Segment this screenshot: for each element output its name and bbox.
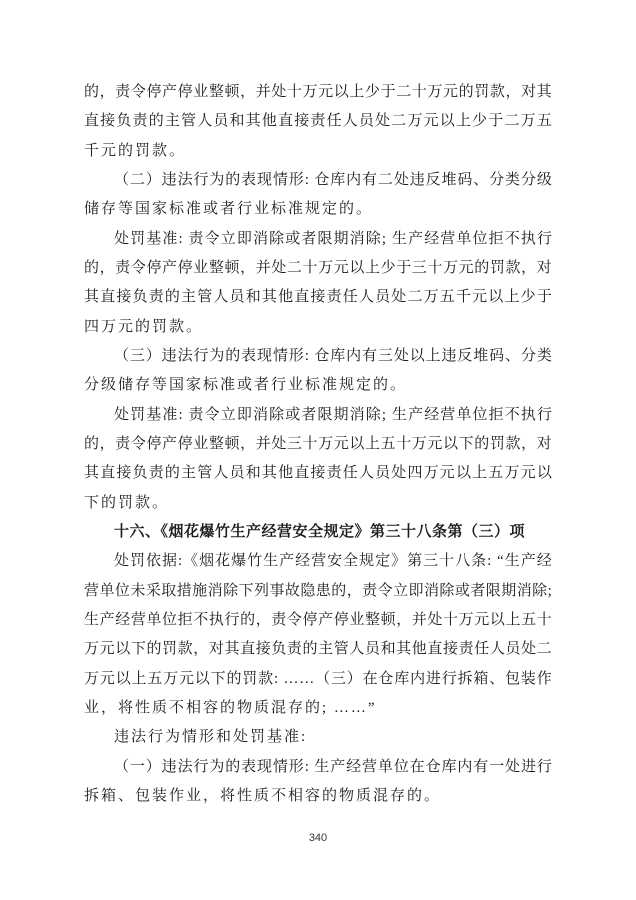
text-line: 分级储存等国家标准或者行业标准规定的。 <box>84 371 552 400</box>
text-line: （三）违法行为的表现情形: 仓库内有三处以上违反堆码、分类 <box>114 342 552 371</box>
text-line: 的，责令停产停业整顿，并处二十万元以上少于三十万元的罚款，对 <box>84 254 552 283</box>
paragraph: 的，责令停产停业整顿，并处十万元以上少于二十万元的罚款，对其直接负责的主管人员和… <box>84 78 552 166</box>
text-line: 万元以上五万元以下的罚款: ……（三）在仓库内进行拆箱、包装作 <box>84 665 552 694</box>
text-line: 十六、《烟花爆竹生产经营安全规定》第三十八条第（三）项 <box>114 518 552 547</box>
paragraph: 违法行为情形和处罚基准: <box>84 723 552 752</box>
page-footer: 340 <box>0 828 636 846</box>
text-line: 拆箱、包装作业，将性质不相容的物质混存的。 <box>84 782 552 811</box>
page-number: 340 <box>309 832 327 844</box>
text-line: 处罚基准: 责令立即消除或者限期消除; 生产经营单位拒不执行 <box>114 225 552 254</box>
text-line: 的，责令停产停业整顿，并处三十万元以上五十万元以下的罚款，对 <box>84 430 552 459</box>
text-line: 直接负责的主管人员和其他直接责任人员处二万元以上少于二万五 <box>84 107 552 136</box>
section-heading: 十六、《烟花爆竹生产经营安全规定》第三十八条第（三）项 <box>84 518 552 547</box>
text-line: 营单位未采取措施消除下列事故隐患的，责令立即消除或者限期消除; <box>84 577 552 606</box>
document-page: 的，责令停产停业整顿，并处十万元以上少于二十万元的罚款，对其直接负责的主管人员和… <box>0 0 636 900</box>
text-line: 四万元的罚款。 <box>84 313 552 342</box>
text-line: 生产经营单位拒不执行的，责令停产停业整顿，并处十万元以上五十 <box>84 606 552 635</box>
text-line: 万元以下的罚款，对其直接负责的主管人员和其他直接责任人员处二 <box>84 635 552 664</box>
text-line: 的，责令停产停业整顿，并处十万元以上少于二十万元的罚款，对其 <box>84 78 552 107</box>
text-line: 违法行为情形和处罚基准: <box>114 723 552 752</box>
paragraph: （二）违法行为的表现情形: 仓库内有二处违反堆码、分类分级储存等国家标准或者行业… <box>84 166 552 225</box>
paragraph: （一）违法行为的表现情形: 生产经营单位在仓库内有一处进行拆箱、包装作业，将性质… <box>84 753 552 812</box>
paragraph: 处罚基准: 责令立即消除或者限期消除; 生产经营单位拒不执行的，责令停产停业整顿… <box>84 401 552 518</box>
text-line: 其直接负责的主管人员和其他直接责任人员处四万元以上五万元以 <box>84 459 552 488</box>
text-line: 储存等国家标准或者行业标准规定的。 <box>84 195 552 224</box>
text-block: 的，责令停产停业整顿，并处十万元以上少于二十万元的罚款，对其直接负责的主管人员和… <box>84 78 552 811</box>
text-line: 千元的罚款。 <box>84 137 552 166</box>
paragraph: 处罚基准: 责令立即消除或者限期消除; 生产经营单位拒不执行的，责令停产停业整顿… <box>84 225 552 342</box>
text-line: 处罚基准: 责令立即消除或者限期消除; 生产经营单位拒不执行 <box>114 401 552 430</box>
text-line: 下的罚款。 <box>84 489 552 518</box>
text-line: 业，将性质不相容的物质混存的; ……” <box>84 694 552 723</box>
paragraph: （三）违法行为的表现情形: 仓库内有三处以上违反堆码、分类分级储存等国家标准或者… <box>84 342 552 401</box>
text-line: 处罚依据:《烟花爆竹生产经营安全规定》第三十八条: “生产经 <box>114 547 552 576</box>
paragraph: 处罚依据:《烟花爆竹生产经营安全规定》第三十八条: “生产经营单位未采取措施消除… <box>84 547 552 723</box>
text-line: （一）违法行为的表现情形: 生产经营单位在仓库内有一处进行 <box>114 753 552 782</box>
text-line: 其直接负责的主管人员和其他直接责任人员处二万五千元以上少于 <box>84 283 552 312</box>
text-line: （二）违法行为的表现情形: 仓库内有二处违反堆码、分类分级 <box>114 166 552 195</box>
